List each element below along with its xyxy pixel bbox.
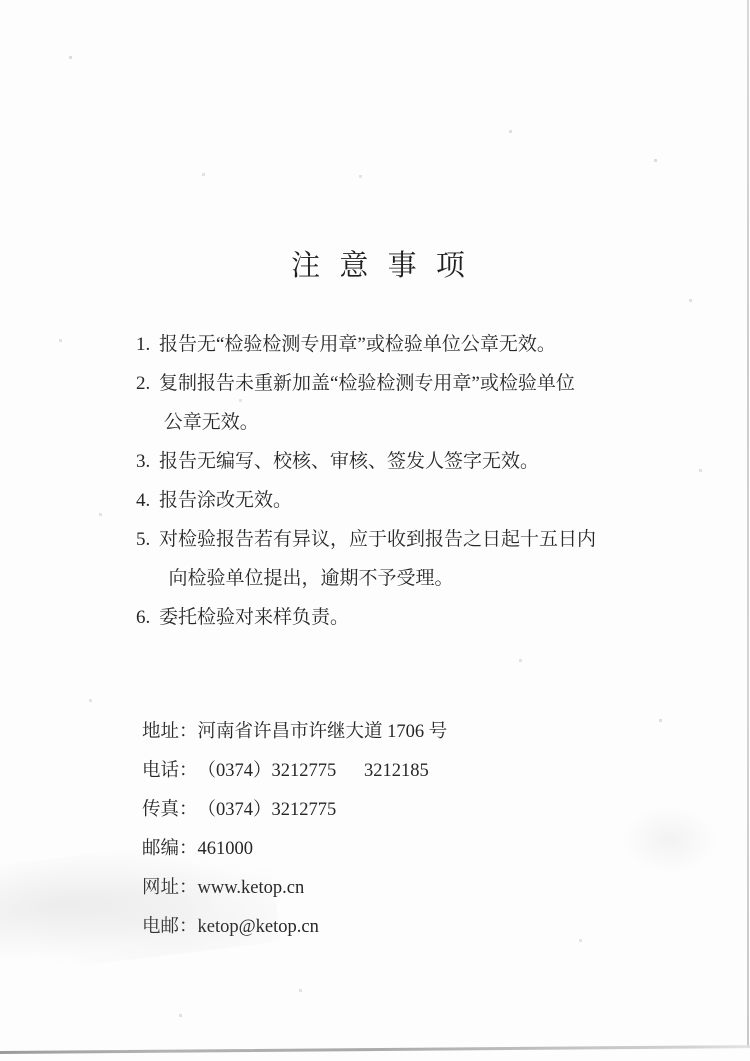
contact-label: 传真：	[142, 791, 198, 830]
contact-label: 电话：	[142, 752, 198, 791]
contact-block: 地址： 河南省许昌市许继大道 1706 号 电话： （0374）3212775 …	[142, 713, 447, 947]
note-text: 报告无编写、校核、审核、签发人签字无效。	[159, 442, 598, 481]
contact-row-address: 地址： 河南省许昌市许继大道 1706 号	[142, 713, 447, 752]
contact-label: 电邮：	[142, 908, 198, 947]
scan-bottom-edge-line	[0, 1045, 750, 1053]
contact-row-email: 电邮： ketop@ketop.cn	[142, 908, 447, 947]
note-number: 5.	[136, 520, 159, 598]
scan-crease-mark	[615, 800, 725, 880]
scanned-notice-page: 注 意 事 项 1. 报告无“检验检测专用章”或检验单位公章无效。 2. 复制报…	[0, 0, 750, 1061]
contact-value: ketop@ketop.cn	[198, 908, 319, 947]
note-item-2: 2. 复制报告未重新加盖“检验检测专用章”或检验单位 公章无效。	[136, 364, 598, 442]
note-number: 2.	[136, 364, 159, 442]
contact-value: www.ketop.cn	[198, 869, 305, 908]
contact-value: （0374）3212775 3212185	[198, 752, 429, 791]
note-text: 委托检验对来样负责。	[159, 598, 598, 637]
scan-speckles	[0, 0, 1, 1]
note-text: 报告涂改无效。	[159, 481, 598, 520]
note-number: 6.	[136, 598, 159, 637]
contact-row-website: 网址： www.ketop.cn	[142, 869, 447, 908]
note-text: 复制报告未重新加盖“检验检测专用章”或检验单位 公章无效。	[159, 364, 598, 442]
contact-value: （0374）3212775	[198, 791, 337, 830]
contact-label: 邮编：	[142, 830, 198, 869]
contact-row-fax: 传真： （0374）3212775	[142, 791, 447, 830]
note-item-5: 5. 对检验报告若有异议，应于收到报告之日起十五日内 向检验单位提出，逾期不予受…	[136, 520, 598, 598]
notes-list: 1. 报告无“检验检测专用章”或检验单位公章无效。 2. 复制报告未重新加盖“检…	[136, 325, 598, 637]
note-number: 1.	[136, 325, 159, 364]
note-text: 报告无“检验检测专用章”或检验单位公章无效。	[159, 325, 598, 364]
page-title: 注 意 事 项	[0, 243, 750, 284]
contact-value: 河南省许昌市许继大道 1706 号	[198, 713, 448, 752]
contact-label: 地址：	[142, 713, 198, 752]
note-text: 对检验报告若有异议，应于收到报告之日起十五日内 向检验单位提出，逾期不予受理。	[159, 520, 598, 598]
note-item-4: 4. 报告涂改无效。	[136, 481, 598, 520]
contact-value: 461000	[198, 830, 254, 869]
note-item-3: 3. 报告无编写、校核、审核、签发人签字无效。	[136, 442, 598, 481]
note-number: 4.	[136, 481, 159, 520]
note-number: 3.	[136, 442, 159, 481]
scan-right-edge-line	[747, 0, 749, 1048]
contact-row-postcode: 邮编： 461000	[142, 830, 447, 869]
contact-label: 网址：	[142, 869, 198, 908]
note-item-1: 1. 报告无“检验检测专用章”或检验单位公章无效。	[136, 325, 598, 364]
note-item-6: 6. 委托检验对来样负责。	[136, 598, 598, 637]
contact-row-phone: 电话： （0374）3212775 3212185	[142, 752, 447, 791]
